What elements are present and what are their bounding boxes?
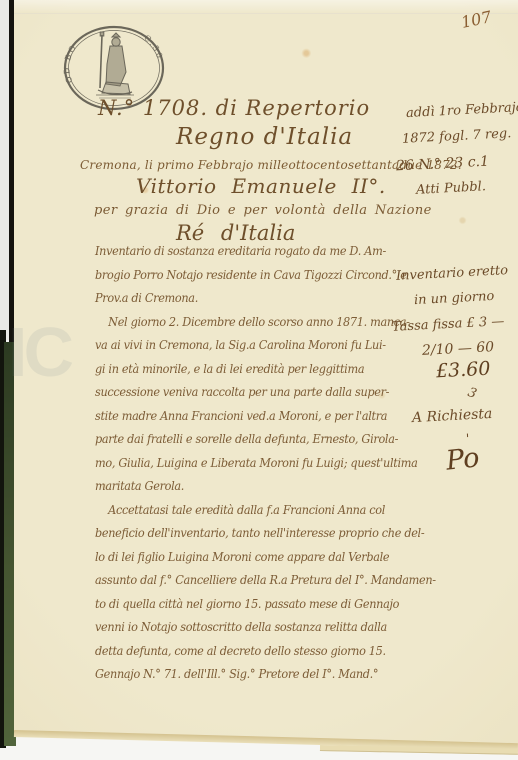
margin-tax-total: £3.60: [435, 358, 490, 383]
svg-text:OD BO: OD BO: [62, 42, 79, 84]
body-line: assunto dal f.° Cancelliere della R.a Pr…: [95, 573, 436, 597]
body-line: maritata Gerola.: [95, 479, 436, 503]
scanned-document-page: IC OD BO C.50 107 N.° 1708. di Rep: [0, 0, 518, 760]
grace-of-god-line: per grazia di Dio e per volontà della Na…: [94, 203, 432, 218]
body-line: Inventario di sostanza ereditaria rogato…: [95, 244, 436, 268]
body-line: lo di lei figlio Luigina Moroni come app…: [95, 550, 436, 574]
body-line: successione veniva raccolta per una part…: [95, 385, 436, 409]
body-line: Nel giorno 2. Dicembre dello scorso anno…: [95, 315, 436, 339]
body-line: Gennajo N.° 71. dell'Ill.° Sig.° Pretore…: [95, 667, 436, 691]
body-line: Prov.a di Cremona.: [95, 291, 436, 315]
body-line: brogio Porro Notajo residente in Cava Ti…: [95, 268, 436, 292]
body-line: mo, Giulia, Luigina e Liberata Moroni fu…: [95, 456, 436, 480]
document-body: Inventario di sostanza ereditaria rogato…: [95, 244, 458, 691]
stamp-right-text: C.50: [142, 33, 164, 61]
faint-watermark: IC: [8, 312, 70, 392]
regno-d-italia-title: Regno d'Italia: [176, 124, 353, 150]
notary-paraph: Po: [444, 442, 480, 476]
body-line: Accettatasi tale eredità dalla f.a Franc…: [95, 503, 436, 527]
body-line: va ai vivi in Cremona, la Sig.a Carolina…: [95, 338, 436, 362]
repertorio-number-line: N.° 1708. di Repertorio: [98, 96, 370, 120]
body-line: parte dai fratelli e sorelle della defun…: [95, 432, 436, 456]
body-line: gi in età minorile, e la di lei eredità …: [95, 362, 436, 386]
stamp-left-text: OD BO: [62, 42, 79, 84]
svg-text:C.50: C.50: [142, 33, 164, 61]
body-line: venni io Notajo sottoscritto della sosta…: [95, 620, 436, 644]
re-d-italia-line: Ré d'Italia: [176, 221, 295, 245]
body-line: beneficio dell'inventario, tanto nell'in…: [95, 526, 436, 550]
body-line: to di quella città nel giorno 15. passat…: [95, 597, 436, 621]
king-name-line: Vittorio Emanuele II°.: [136, 174, 386, 198]
body-line: detta defunta, come al decreto dello ste…: [95, 644, 436, 668]
body-line: stite madre Anna Francioni ved.a Moroni,…: [95, 409, 436, 433]
